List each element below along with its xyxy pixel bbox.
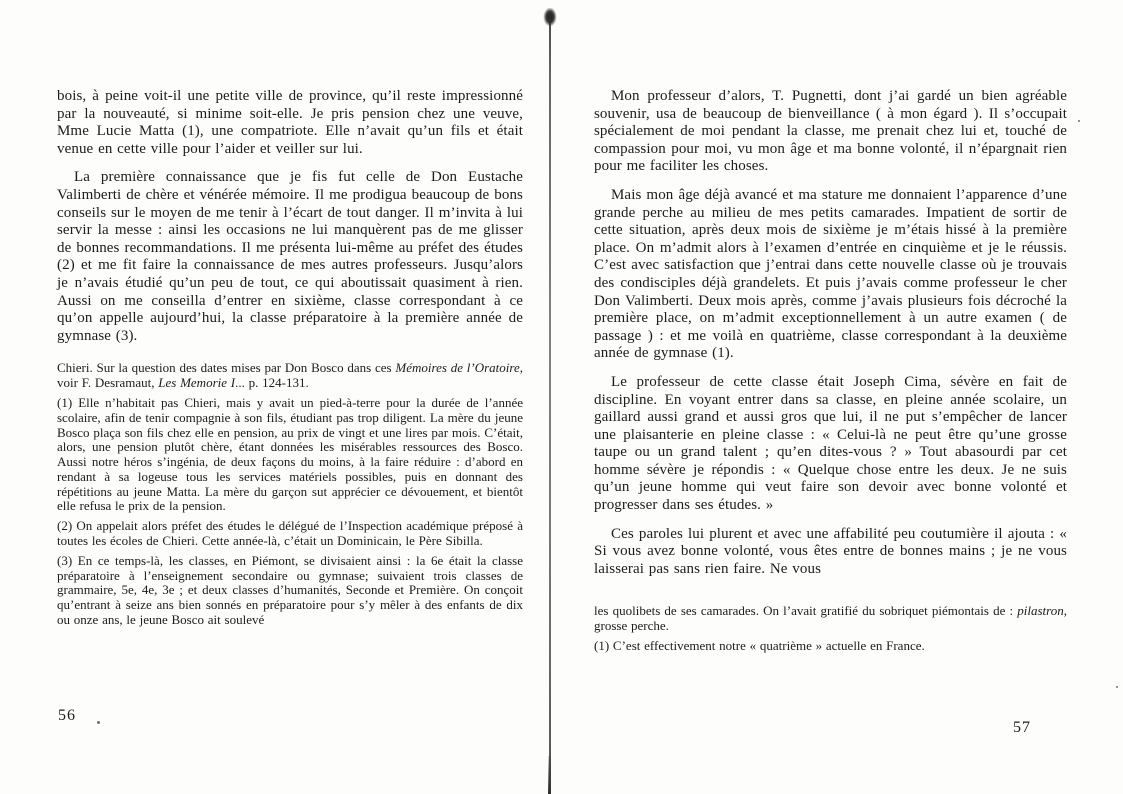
footnotes-block: les quolibets de ses camarades. On l’ava… [594,604,1067,653]
footnote-continuation: les quolibets de ses camarades. On l’ava… [594,604,1067,634]
footnote-text: Chieri. Sur la question des dates mises … [57,360,395,375]
scan-speck [97,721,100,724]
body-paragraph: Le professeur de cette classe était Jose… [594,374,1067,515]
footnote-text: ... p. 124-131. [235,375,309,390]
right-page: Mon professeur d’alors, T. Pugnetti, don… [594,88,1067,659]
left-page: bois, à peine voit-il une petite ville d… [57,88,523,633]
body-paragraph: Mon professeur d’alors, T. Pugnetti, don… [594,88,1067,176]
footnote-text: les quolibets de ses camarades. On l’ava… [594,603,1017,618]
page-number-left: 56 [58,707,76,725]
page-number-right: 57 [1013,719,1031,737]
scan-speck [1116,686,1118,688]
footnotes-block: Chieri. Sur la question des dates mises … [57,361,523,628]
body-paragraph: bois, à peine voit-il une petite ville d… [57,88,523,158]
footnote-continuation: Chieri. Sur la question des dates mises … [57,361,523,391]
footnote-italic-title: Les Memorie I [158,375,235,390]
footnote-italic-word: pilastron [1017,603,1063,618]
body-paragraph: Ces paroles lui plurent et avec une affa… [594,526,1067,579]
footnote: (1) Elle n’habitait pas Chieri, mais y a… [57,396,523,514]
footnote-italic-title: Mémoires de l’Oratoire [395,360,519,375]
body-paragraph: La première connaissance que je fis fut … [57,169,523,345]
gutter-fold-bottom [548,756,551,794]
page-gutter-fold [549,14,551,794]
scan-speck [1078,120,1080,122]
footnote: (3) En ce temps-là, les classes, en Piém… [57,554,523,628]
footnote: (2) On appelait alors préfet des études … [57,519,523,549]
footnote: (1) C’est effectivement notre « quatrièm… [594,639,1067,654]
body-paragraph: Mais mon âge déjà avancé et ma stature m… [594,187,1067,363]
